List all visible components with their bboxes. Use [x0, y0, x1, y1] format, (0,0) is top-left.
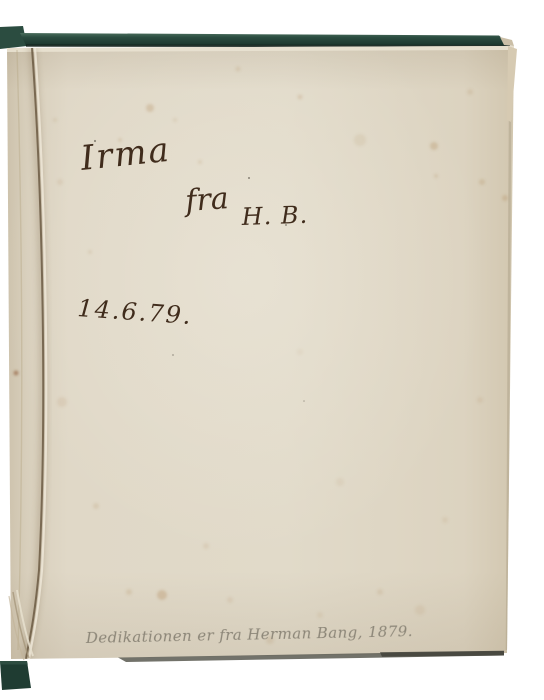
inscription-initials: H. B. [240, 201, 308, 231]
book-photo: Irma fra H. B. 14.6.79. Dedikationen er … [0, 0, 544, 700]
book-photo-frame: Irma fra H. B. 14.6.79. Dedikationen er … [0, 0, 544, 700]
cover-corner-bottom-left-highlight [0, 661, 28, 665]
inscription-fra: fra [182, 181, 230, 219]
flyleaf-page [0, 40, 544, 665]
cover-corner-bottom-left [0, 661, 31, 690]
